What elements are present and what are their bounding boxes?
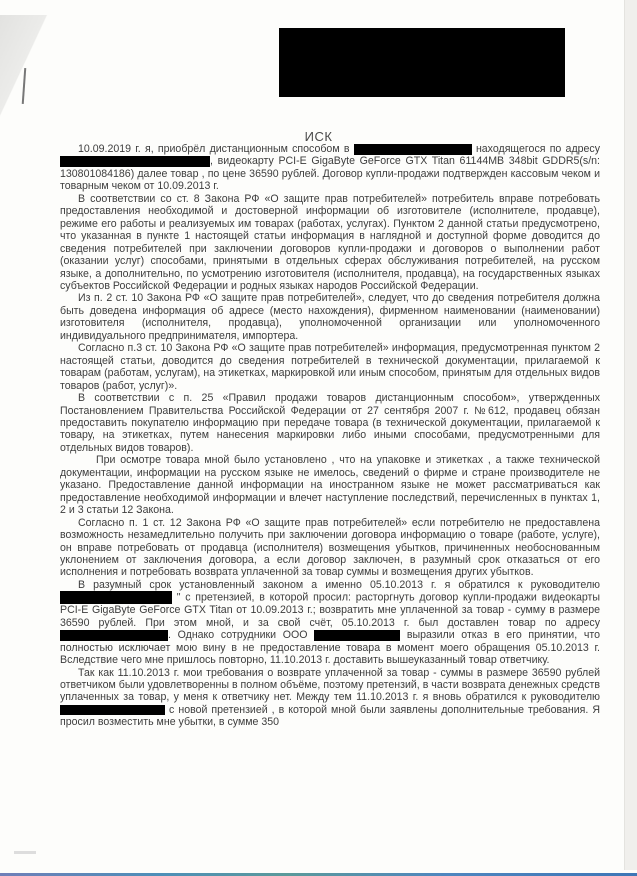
paragraph-rules25: В соответствии с п. 25 «Правил продажи т…	[60, 392, 600, 454]
paragraph-claim2: Так как 11.10.2013 г. мои требования о в…	[60, 667, 600, 729]
redaction-delivery-address	[60, 630, 168, 641]
redaction-address	[60, 156, 210, 167]
paragraph-purchase: 10.09.2019 г. я, приобрёл дистанционным …	[60, 143, 600, 193]
redaction-company-name	[314, 630, 400, 641]
paragraph-art12: Согласно п. 1 ст. 12 Закона РФ «О защите…	[60, 517, 600, 579]
document-body: 10.09.2019 г. я, приобрёл дистанционным …	[60, 143, 600, 729]
paragraph-inspection: При осмотре товара мной было установлено…	[60, 454, 600, 516]
page-curl-shadow	[0, 15, 60, 135]
paragraph-art8: В соответствии со ст. 8 Закона РФ «О защ…	[60, 193, 600, 293]
document-title: ИСК	[0, 129, 637, 144]
paragraph-claim1: В разумный срок установленный законом а …	[60, 579, 600, 667]
paragraph-art10-p3: Согласно п.3 ст. 10 Закона РФ «О защите …	[60, 342, 600, 392]
redaction-director	[60, 705, 165, 715]
redaction-header	[279, 28, 565, 97]
paragraph-art10-p2: Из п. 2 ст. 10 Закона РФ «О защите прав …	[60, 292, 600, 342]
scan-artifact	[14, 851, 36, 854]
redaction-company	[60, 591, 172, 604]
redaction-seller	[354, 144, 472, 155]
